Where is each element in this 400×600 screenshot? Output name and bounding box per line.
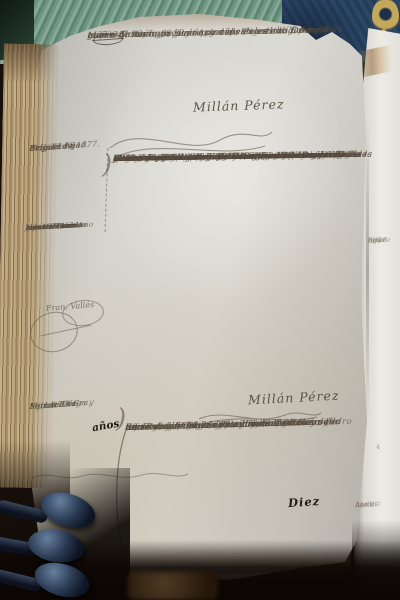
handwritten-line: de 18 <box>368 234 387 247</box>
manuscript-book-photo: María Antonia. Se puso por especiales ab… <box>0 0 400 600</box>
wood-table-hint <box>128 572 218 600</box>
handwritten-line: Abril 1 <box>355 498 378 511</box>
frayed-page-edges <box>0 44 62 489</box>
facing-page-mark: 4 <box>376 444 380 451</box>
dark-ink-annotation-diez: Diez <box>288 494 321 510</box>
facing-page-crease <box>366 120 369 420</box>
handwritten-line: y año. El supra. = <box>87 28 172 43</box>
signature-millan-perez-top: Millán Pérez <box>193 96 285 114</box>
